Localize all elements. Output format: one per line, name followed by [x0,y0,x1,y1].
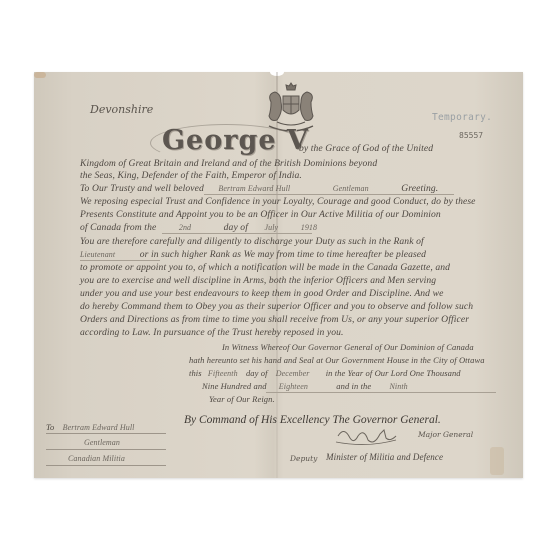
addressee-title: Gentleman [84,438,120,447]
body-line: Orders and Directions as from time to ti… [80,314,469,325]
signature-icon [334,426,404,448]
handwritten-annotation: Devonshire [90,103,153,116]
signature-title: Minister of Militia and Defence [326,452,443,462]
fill-underline [204,194,454,195]
witness-day: Fifteenth [208,369,238,378]
text: or in such higher Rank as We may from ti… [140,249,426,260]
year-from: 1918 [301,223,317,232]
body-line: We reposing especial Trust and Confidenc… [80,196,476,207]
greeting: Greeting. [401,183,438,194]
fill-underline [266,392,496,393]
witness-month: December [276,369,310,378]
witness-line: this Fifteenth day of December in the Ye… [189,368,461,378]
witness-line: Year of Our Reign. [209,394,275,404]
text: Nine Hundred and [202,381,267,391]
addressee-underline [46,433,166,434]
day-from: 2nd [179,223,191,232]
witness-line: hath hereunto set his hand and Seal at O… [189,355,485,365]
body-line: you are to exercise and well discipline … [80,275,436,286]
recipient-title: Gentleman [333,184,369,193]
body-line: Lieutenant or in such higher Rank as We … [80,249,426,260]
text: day of [246,368,268,378]
text: this [189,368,202,378]
body-line: You are therefore carefully and diligent… [80,236,424,247]
regnal-year: Ninth [390,382,408,391]
body-line: do hereby Command them to Obey you as th… [80,301,473,312]
text: in the Year of Our Lord One Thousand [326,368,461,378]
witness-line: Nine Hundred and Eighteen and in the Nin… [202,381,408,391]
command-line: By Command of His Excellency The Governo… [184,414,441,426]
body-line: of Canada from the 2nd day of July 1918 [80,222,317,233]
commission-document: Devonshire Temporary. 85557 George V by … [34,72,523,478]
signature-rank: Major General [418,430,473,439]
preamble-line: the Seas, King, Defender of the Faith, E… [80,170,302,181]
addressee-unit: Canadian Militia [68,454,125,463]
text: and in the [336,381,371,391]
temporary-stamp: Temporary. [432,112,492,123]
fill-underline [162,233,312,234]
fill-underline [80,260,160,261]
preamble-line: by the Grace of God of the United [299,143,433,154]
serial-number: 85557 [459,131,483,140]
witness-line: In Witness Whereof Our Governor General … [222,342,474,352]
body-line: according to Law. In pursuance of the Tr… [80,327,344,338]
body-line: under you and use your best endeavours t… [80,288,443,299]
text: of Canada from the [80,222,156,233]
address-line: To Our Trusty and well beloved Bertram E… [80,183,438,194]
body-line: to promote or appoint you to, of which a… [80,262,450,273]
month-from: July [264,223,278,232]
edge-stain [490,447,504,475]
recipient-name: Bertram Edward Hull [218,184,290,193]
text: To [46,422,54,432]
rank: Lieutenant [80,250,115,259]
body-line: Presents Constitute and Appoint you to b… [80,209,441,220]
edge-stain [34,72,46,78]
addressee-name: Bertram Edward Hull [63,423,135,432]
signature-title-prefix: Deputy [290,454,317,463]
preamble-line: Kingdom of Great Britain and Ireland and… [80,158,377,169]
text: day of [224,222,248,233]
address-prefix: To Our Trusty and well beloved [80,183,204,194]
addressee-underline [46,449,166,450]
addressee-underline [46,465,166,466]
addressee-line: To Bertram Edward Hull [46,422,134,432]
witness-year: Eighteen [279,382,308,391]
monarch-heading: George V [162,125,309,156]
